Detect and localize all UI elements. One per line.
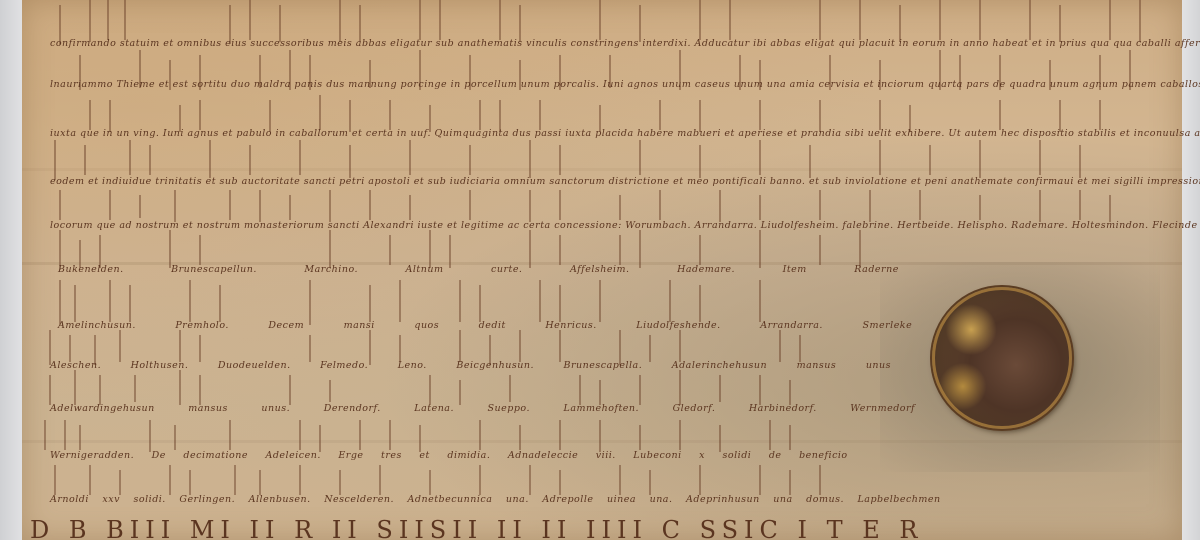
charter-line: lnauriammo Thieme et est sortitu duo mal… xyxy=(50,79,1200,90)
charter-line: Wernigeradden. De decimatione Adeleicen.… xyxy=(50,450,848,461)
charter-line: Adelwardingehusun mansus unus. Derendorf… xyxy=(50,403,915,414)
charter-line: locorum que ad nostrum et nostrum monast… xyxy=(50,220,1198,231)
wax-seal xyxy=(932,287,1072,429)
closing-elongated-script: D B BIII MI II R II SIISII II II IIII C … xyxy=(30,516,923,540)
charter-line: Arnoldi xxv solidi. Gerlingen. Allenbuse… xyxy=(50,494,941,505)
wax-seal-rim xyxy=(932,287,1072,429)
charter-line: iuxta que in un ving. Iuni agnus et pabu… xyxy=(50,128,1200,139)
charter-line: Aleschen. Holthusen. Duodeuelden. Felmed… xyxy=(50,360,891,371)
charter-line: Amelinchusun. Premholo. Decem mansi quos… xyxy=(58,320,912,331)
charter-line: confirmando statuim et omnibus eius succ… xyxy=(50,38,1200,49)
charter-line: Bukenelden. Brunescapellun. Marchino. Al… xyxy=(58,264,899,275)
charter-line: eodem et indiuidue trinitatis et sub auc… xyxy=(50,176,1200,187)
